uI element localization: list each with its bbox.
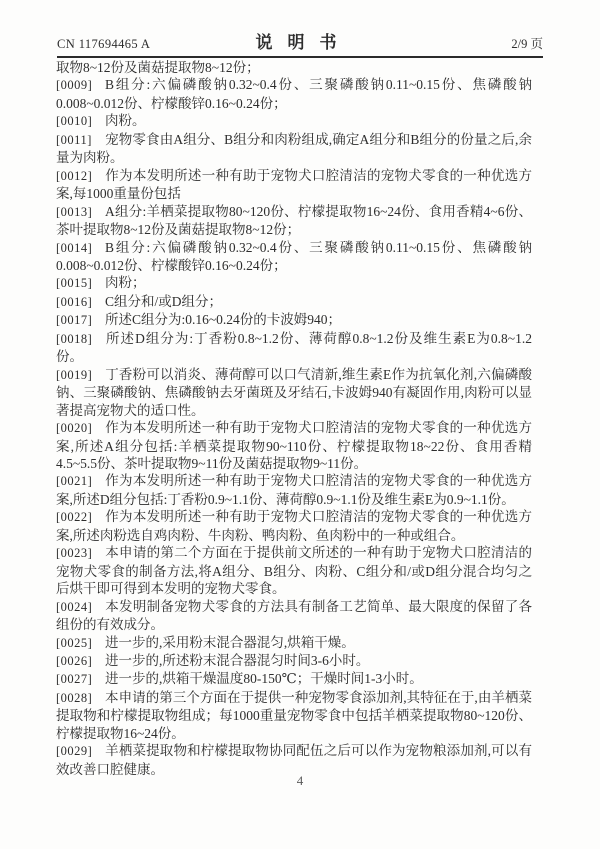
paragraph-text: 作为本发明所述一种有助于宠物犬口腔清洁的宠物犬零食的一种优选方案,所述肉粉选自鸡… [56, 509, 532, 542]
paragraph: [0021]作为本发明所述一种有助于宠物犬口腔清洁的宠物犬零食的一种优选方案,所… [56, 472, 532, 508]
paragraph-number: [0027] [56, 671, 105, 688]
paragraph-number: [0020] [56, 420, 105, 437]
page-header: CN 117694465 A 说明书 2/9 页 [57, 30, 543, 58]
paragraph-text: 宠物零食由A组分、B组分和肉粉组成,确定A组分和B组分的份量之后,余量为肉粉。 [56, 132, 532, 165]
paragraph-text: 作为本发明所述一种有助于宠物犬口腔清洁的宠物犬零食的一种优选方案,每1000重量… [56, 168, 532, 201]
paragraph-number: [0022] [56, 509, 105, 526]
paragraph-text: 进一步的,采用粉末混合器混匀,烘箱干燥。 [105, 635, 355, 650]
paragraph-number: [0023] [56, 545, 105, 562]
paragraph-text: 本发明制备宠物犬零食的方法具有制备工艺简单、最大限度的保留了各组份的有效成分。 [56, 599, 532, 632]
paragraph: [0014]B组分:六偏磷酸钠0.32~0.4份、三聚磷酸钠0.11~0.15份… [56, 239, 532, 275]
paragraph: [0018]所述D组分为:丁香粉0.8~1.2份、薄荷醇0.8~1.2份及维生素… [56, 330, 532, 366]
paragraph-number: [0025] [56, 635, 105, 652]
paragraph-number: [0029] [56, 743, 105, 760]
page-indicator: 2/9 页 [511, 34, 543, 52]
paragraph-number: [0021] [56, 473, 105, 490]
paragraph-text: B组分:六偏磷酸钠0.32~0.4份、三聚磷酸钠0.11~0.15份、焦磷酸钠0… [56, 240, 532, 273]
paragraph: [0011]宠物零食由A组分、B组分和肉粉组成,确定A组分和B组分的份量之后,余… [56, 131, 532, 167]
paragraph-number: [0009] [56, 77, 105, 94]
paragraph-text: B组分:六偏磷酸钠0.32~0.4份、三聚磷酸钠0.11~0.15份、焦磷酸钠0… [56, 77, 532, 110]
paragraph-text: 进一步的,烘箱干燥温度80-150℃；干燥时间1-3小时。 [105, 671, 423, 686]
paragraph-text: 肉粉； [105, 275, 146, 290]
paragraph-text: 所述C组分为:0.16~0.24份的卡波姆940； [105, 312, 341, 327]
paragraph: [0016]C组分和/或D组分； [56, 293, 532, 311]
document-title: 说明书 [249, 28, 352, 53]
paragraph-text: A组分:羊栖菜提取物80~120份、柠檬提取物16~24份、食用香精4~6份、茶… [56, 204, 532, 237]
paragraph: [0009]B组分:六偏磷酸钠0.32~0.4份、三聚磷酸钠0.11~0.15份… [56, 76, 532, 112]
paragraph-text: 进一步的,所述粉末混合器混匀时间3-6小时。 [105, 653, 369, 668]
paragraph-number: [0012] [56, 168, 105, 185]
paragraph: [0022]作为本发明所述一种有助于宠物犬口腔清洁的宠物犬零食的一种优选方案,所… [56, 508, 532, 544]
document-number: CN 117694465 A [57, 37, 150, 52]
paragraph-text: 所述D组分为:丁香粉0.8~1.2份、薄荷醇0.8~1.2份及维生素E为0.8~… [56, 331, 532, 364]
paragraph-text: 作为本发明所述一种有助于宠物犬口腔清洁的宠物犬零食的一种优选方案,所述D组分包括… [56, 473, 532, 506]
paragraph: [0017]所述C组分为:0.16~0.24份的卡波姆940； [56, 311, 532, 329]
paragraph-text: 取物8~12份及菌菇提取物8~12份； [56, 60, 260, 75]
paragraph: [0026]进一步的,所述粉末混合器混匀时间3-6小时。 [56, 652, 532, 670]
paragraph: 取物8~12份及菌菇提取物8~12份； [56, 59, 532, 76]
paragraph-text: 本申请的第三个方面在于提供一种宠物零食添加剂,其特征在于,由羊栖菜提取物和柠檬提… [56, 690, 532, 741]
paragraph-text: 作为本发明所述一种有助于宠物犬口腔清洁的宠物犬零食的一种优选方案,所述A组分包括… [56, 420, 532, 471]
paragraph: [0023]本申请的第二个方面在于提供前文所述的一种有助于宠物犬口腔清洁的宠物犬… [56, 544, 532, 597]
paragraph: [0010]肉粉。 [56, 112, 532, 130]
document-body: 取物8~12份及菌菇提取物8~12份； [0009]B组分:六偏磷酸钠0.32~… [56, 59, 532, 778]
patent-document-page: CN 117694465 A 说明书 2/9 页 取物8~12份及菌菇提取物8~… [0, 0, 600, 849]
page-footer: 4 [0, 772, 600, 790]
paragraph-text: 本申请的第二个方面在于提供前文所述的一种有助于宠物犬口腔清洁的宠物犬零食的制备方… [56, 545, 532, 596]
paragraph-text: C组分和/或D组分； [105, 294, 222, 309]
paragraph-number: [0019] [56, 367, 105, 384]
paragraph-number: [0018] [56, 331, 105, 348]
paragraph-number: [0010] [56, 113, 105, 130]
paragraph: [0020]作为本发明所述一种有助于宠物犬口腔清洁的宠物犬零食的一种优选方案,所… [56, 419, 532, 472]
paragraph-number: [0013] [56, 204, 105, 221]
paragraph-text: 丁香粉可以消炎、薄荷醇可以口气清新,维生素E作为抗氧化剂,六偏磷酸钠、三聚磷酸钠… [56, 367, 532, 418]
paragraph-number: [0024] [56, 599, 105, 616]
paragraph-number: [0026] [56, 653, 105, 670]
paragraph-number: [0014] [56, 240, 105, 257]
paragraph: [0019]丁香粉可以消炎、薄荷醇可以口气清新,维生素E作为抗氧化剂,六偏磷酸钠… [56, 366, 532, 419]
paragraph-number: [0017] [56, 312, 105, 329]
paragraph: [0013]A组分:羊栖菜提取物80~120份、柠檬提取物16~24份、食用香精… [56, 203, 532, 239]
paragraph-number: [0028] [56, 690, 105, 707]
paragraph: [0012]作为本发明所述一种有助于宠物犬口腔清洁的宠物犬零食的一种优选方案,每… [56, 167, 532, 203]
paragraph: [0027]进一步的,烘箱干燥温度80-150℃；干燥时间1-3小时。 [56, 670, 532, 688]
paragraph: [0025]进一步的,采用粉末混合器混匀,烘箱干燥。 [56, 634, 532, 652]
paragraph-number: [0011] [56, 132, 105, 149]
paragraph: [0015]肉粉； [56, 274, 532, 292]
page-number: 4 [297, 773, 304, 788]
paragraph: [0028]本申请的第三个方面在于提供一种宠物零食添加剂,其特征在于,由羊栖菜提… [56, 689, 532, 742]
paragraph-number: [0016] [56, 294, 105, 311]
paragraph-number: [0015] [56, 275, 105, 292]
paragraph-text: 肉粉。 [105, 113, 146, 128]
paragraph: [0024]本发明制备宠物犬零食的方法具有制备工艺简单、最大限度的保留了各组份的… [56, 598, 532, 634]
